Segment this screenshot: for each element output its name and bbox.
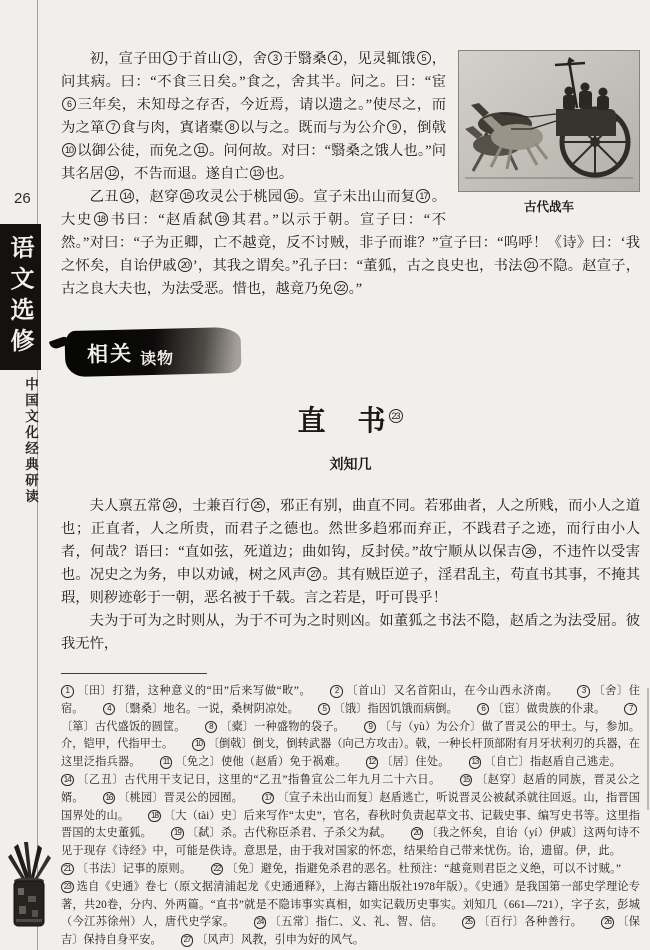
chariot-image [458,50,640,192]
annotation-ref: 17 [416,189,430,203]
footnote-number: 8 [205,721,218,734]
annotation-ref: 13 [250,166,264,180]
footnote-number: 21 [61,863,74,876]
annotation-ref: 26 [522,544,536,558]
footnote-number: 27 [181,934,194,947]
footnote-item: 24〔五常〕指仁、义、礼、智、信。 [254,916,444,928]
paragraph: 夫人禀五常24，士兼百行25，邪正有别，曲直不同。若邪曲者，人之所贱，而小人之道… [61,495,640,610]
paragraph: 夫为于可为之时则从，为于不可为之时则凶。如董狐之书法不隐，赵盾之为法受屈。彼我无… [61,610,640,656]
annotation-ref: 24 [163,498,177,512]
footnote-number: 1 [61,685,74,698]
annotation-ref: 20 [178,258,192,272]
footnote-item: 8〔橐〕一种盛物的袋子。 [205,721,345,733]
footnote-separator [61,673,207,674]
annotation-ref: 23 [389,409,403,423]
footnote-number: 7 [624,703,637,716]
sidebar-series-title: 中国文化经典研读 [20,377,40,505]
footnote-number: 15 [460,774,473,787]
footnote-text: 〔免〕避免，指避免杀君的恶名。杜预注：“越竟则君臣之义绝，可以不讨贼。” [226,863,621,875]
annotation-ref: 6 [62,97,76,111]
annotation-ref: 11 [194,143,208,157]
footnote-number: 26 [601,916,614,929]
annotation-ref: 2 [223,51,237,65]
sidebar-subject-title: 语文选修 [3,234,38,359]
footnote-item: 12〔居〕住处。 [366,756,450,768]
footnote-item: 21〔书法〕记事的原则。 [61,863,192,875]
annotation-ref: 27 [307,567,321,581]
footnote-text: 〔橐〕一种盛物的袋子。 [220,721,345,733]
footnote-text: 〔风声〕风教，引申为好的风气。 [196,934,364,946]
footnote-item: 25〔百行〕各种善行。 [462,916,582,928]
footnote-text: 〔书法〕记事的原则。 [77,863,192,875]
footnotes-section: 1〔田〕打猎，这种意义的“田”后来写做“畋”。2〔首山〕又名首阳山，在今山西永济… [61,683,640,950]
footnote-item: 11〔免之〕使他（赵盾）免于祸难。 [160,756,347,768]
footnote-text: 〔箪〕古代盛饭的圆筐。 [61,721,186,733]
footnote-number: 22 [211,863,224,876]
footnote-number: 6 [477,703,490,716]
annotation-ref: 10 [62,143,76,157]
footnote-number: 19 [171,827,184,840]
footnote-number: 20 [411,827,424,840]
annotation-ref: 7 [106,120,120,134]
footnote-text: 〔首山〕又名首阳山，在今山西永济南。 [346,685,559,697]
reading-author: 刘知几 [61,454,640,474]
annotation-ref: 3 [268,51,282,65]
annotation-ref: 5 [417,51,431,65]
passage-section: 古代战车 初，宣子田1于首山2，舍3于翳桑4，见灵辄饿5，问其病。曰：“不食三日… [61,48,640,301]
footnote-number: 24 [254,916,267,929]
footnote-item: 13〔自亡〕指赵盾自己逃走。 [469,756,621,768]
footnote-number: 14 [61,774,74,787]
annotation-ref: 8 [225,120,239,134]
section-banner-related-readings: 相关 读物 [64,327,241,377]
reading-title: 直 书23 [61,399,640,439]
brush-pot-icon [4,840,56,932]
footnote-text: 〔弑〕杀。古代称臣杀君、子杀父为弑。 [187,827,392,839]
footnote-number: 3 [577,685,590,698]
footnote-item: 22〔免〕避免，指避免杀君的恶名。杜预注：“越竟则君臣之义绝，可以不讨贼。” [211,863,621,875]
footnote-number: 13 [469,756,482,769]
annotation-ref: 14 [120,189,134,203]
footnote-number: 18 [148,810,161,823]
footnote-text: 〔自亡〕指赵盾自己逃走。 [484,756,621,768]
footnote-number: 4 [103,703,116,716]
footnote-text: 〔百行〕各种善行。 [478,916,583,928]
footnote-item: 4〔翳桑〕地名。一说，桑树阴凉处。 [103,703,299,715]
annotation-ref: 15 [180,189,194,203]
footnote-number: 2 [330,685,343,698]
footnote-item: 1〔田〕打猎，这种意义的“田”后来写做“畋”。 [61,685,311,697]
annotation-ref: 9 [387,120,401,134]
footnote-text: 〔宦〕做贵族的仆隶。 [492,703,605,715]
annotation-ref: 18 [94,212,108,226]
footnote-text: 〔乙丑〕古代用干支记日，这里的“乙丑”指鲁宣公二年九月二十六日。 [77,774,441,786]
footnote-item: 27〔风声〕风教，引申为好的风气。 [181,934,364,946]
footnote-text: 〔居〕住处。 [381,756,450,768]
annotation-ref: 1 [163,51,177,65]
footnote-item: 14〔乙丑〕古代用干支记日，这里的“乙丑”指鲁宣公二年九月二十六日。 [61,774,441,786]
footnote-text: 〔桃园〕晋灵公的园囿。 [118,792,243,804]
footnote-number: 16 [103,792,116,805]
annotation-ref: 12 [105,166,119,180]
footnote-number: 5 [318,703,331,716]
section-banner-main-label: 相关 [87,337,134,368]
annotation-ref: 16 [284,189,298,203]
page-number: 26 [14,190,31,207]
footnote-item: 5〔饿〕指因饥饿而病倒。 [318,703,458,715]
footnote-number: 10 [192,738,205,751]
brush-pot-image [4,840,56,937]
figure-caption: 古代战车 [458,197,640,215]
annotation-ref: 25 [251,498,265,512]
annotation-ref: 4 [328,51,342,65]
main-content: 古代战车 初，宣子田1于首山2，舍3于翳桑4，见灵辄饿5，问其病。曰：“不食三日… [61,48,640,950]
reading-text: 夫人禀五常24，士兼百行25，邪正有别，曲直不同。若邪曲者，人之所贱，而小人之道… [61,495,640,656]
footnote-number: 17 [262,792,275,805]
section-banner-sub-label: 读物 [140,345,175,369]
footnote-text: 〔五常〕指仁、义、礼、智、信。 [269,916,443,928]
footnote-text: 〔田〕打猎，这种意义的“田”后来写做“畋”。 [77,685,312,697]
footnote-item: 6〔宦〕做贵族的仆隶。 [477,703,606,715]
annotation-ref: 21 [524,258,538,272]
scan-artifact [647,688,649,810]
footnote-number: 25 [462,916,475,929]
footnote-number: 12 [366,756,379,769]
footnote-text: 〔翳桑〕地名。一说，桑树阴凉处。 [118,703,299,715]
annotation-ref: 22 [334,281,348,295]
annotation-ref: 19 [215,212,229,226]
footnote-number: 9 [364,721,377,734]
footnote-number: 23 [61,881,74,894]
sidebar-subject-banner: 语文选修 [0,224,41,370]
footnote-item: 16〔桃园〕晋灵公的园囿。 [103,792,243,804]
footnote-number: 11 [160,756,173,769]
footnote-text: 〔饿〕指因饥饿而病倒。 [333,703,457,715]
textbook-page: { "page": { "number": "26" }, "sidebar":… [0,0,650,950]
footnote-item: 19〔弑〕杀。古代称臣杀君、子杀父为弑。 [171,827,392,839]
footnote-text: 〔免之〕使他（赵盾）免于祸难。 [175,756,346,768]
chariot-figure: 古代战车 [458,50,640,215]
footnote-item: 2〔首山〕又名首阳山，在今山西永济南。 [330,685,558,697]
